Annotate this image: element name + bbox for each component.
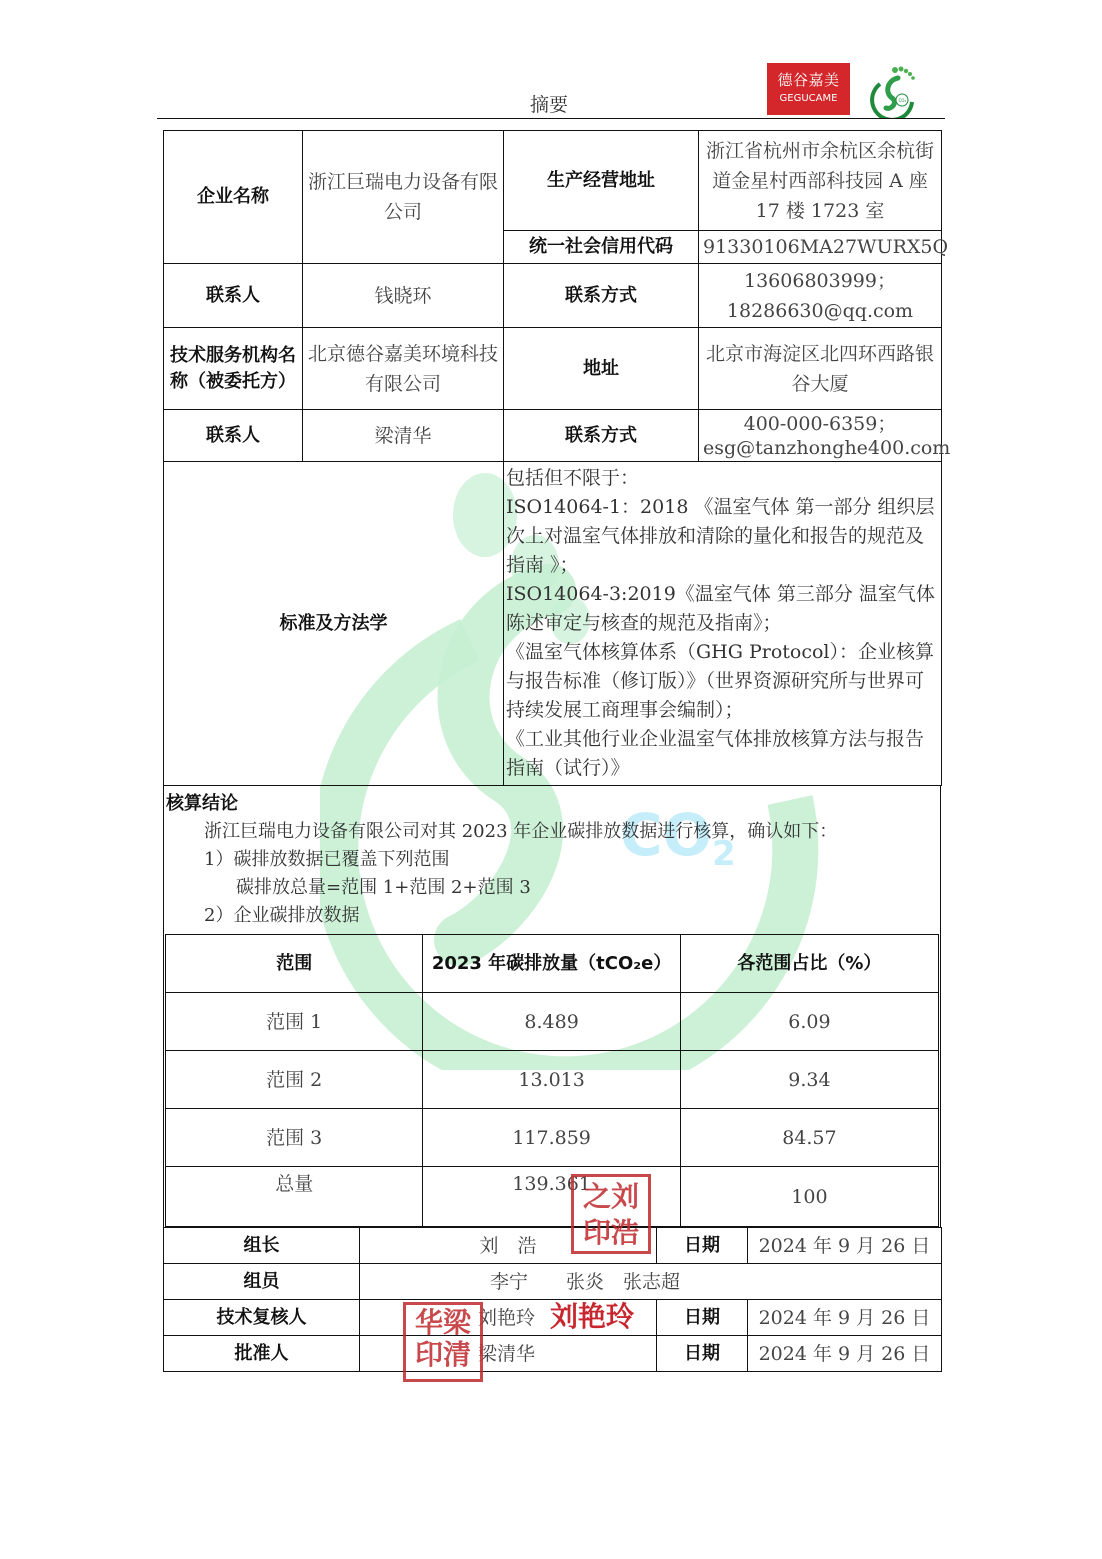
summary-form: 企业名称 浙江巨瑞电力设备有限公司 生产经营地址 浙江省杭州市余杭区余杭街道金星… (163, 130, 941, 1372)
standards-item: 《温室气体核算体系（GHG Protocol）：企业核算与报告标准（修订版）》（… (506, 638, 939, 725)
date-label: 日期 (657, 1300, 748, 1336)
conclusion-intro: 浙江巨瑞电力设备有限公司对其 2023 年企业碳排放数据进行核算，确认如下： (164, 818, 940, 846)
page-title: 摘要 (530, 90, 568, 117)
leader-date: 2024 年 9 月 26 日 (748, 1228, 942, 1264)
scope-cell: 范围 2 (166, 1051, 423, 1109)
logo-text-en: GEGUCAME (767, 92, 850, 106)
contact-value: 钱晓环 (303, 264, 504, 328)
service-contact-label: 联系人 (164, 410, 303, 462)
service-address-label: 地址 (504, 328, 699, 410)
address-label: 生产经营地址 (504, 131, 699, 231)
table-row-total: 总量 139.361 100 (166, 1167, 939, 1227)
approver-label: 批准人 (164, 1336, 360, 1372)
table-row: 范围 2 13.013 9.34 (166, 1051, 939, 1109)
service-address-value: 北京市海淀区北四环西路银谷大厦 (699, 328, 942, 410)
credit-code-value: 91330106MA27WURX5Q (699, 231, 942, 264)
conclusion-point-1: 1）碳排放数据已覆盖下列范围 (164, 846, 940, 874)
date-label: 日期 (657, 1228, 748, 1264)
standards-label: 标准及方法学 (164, 462, 504, 786)
service-contact-email: esg@tanzhonghe400.com (703, 436, 937, 460)
date-label: 日期 (657, 1336, 748, 1372)
service-org-label: 技术服务机构名称（被委托方） (164, 328, 303, 410)
emissions-table-wrap: 范围 2023 年碳排放量（tCO₂e） 各范围占比（%） 范围 1 8.489… (163, 934, 941, 1227)
header-scope: 范围 (166, 935, 423, 993)
company-name-label: 企业名称 (164, 131, 303, 264)
footprint-co2-icon: CO₂ (862, 62, 922, 118)
contact-phone: 13606803999； (703, 266, 937, 296)
address-value: 浙江省杭州市余杭区余杭街道金星村西部科技园 A 座 17 楼 1723 室 (699, 131, 942, 231)
contact-email: 18286630@qq.com (703, 296, 937, 326)
share-cell: 6.09 (680, 993, 938, 1051)
logo-text-cn: 德谷嘉美 (767, 71, 850, 89)
amount-cell: 117.859 (423, 1109, 680, 1167)
contact-label: 联系人 (164, 264, 303, 328)
scope-cell: 范围 3 (166, 1109, 423, 1167)
leader-label: 组长 (164, 1228, 360, 1264)
reviewer-signature: 刘艳玲 (550, 1295, 634, 1335)
amount-cell: 8.489 (423, 993, 680, 1051)
standards-item: 包括但不限于： (506, 464, 939, 493)
header-amount: 2023 年碳排放量（tCO₂e） (423, 935, 680, 993)
seal-line: 印浩 (574, 1215, 648, 1251)
scope-cell: 范围 1 (166, 993, 423, 1051)
emissions-table: 范围 2023 年碳排放量（tCO₂e） 各范围占比（%） 范围 1 8.489… (165, 934, 939, 1227)
reviewer-label: 技术复核人 (164, 1300, 360, 1336)
contact-method-value: 13606803999； 18286630@qq.com (699, 264, 942, 328)
standards-item: ISO14064-3:2019《温室气体 第三部分 温室气体陈述审定与核查的规范… (506, 580, 939, 638)
conclusion-formula: 碳排放总量=范围 1+范围 2+范围 3 (164, 874, 940, 902)
share-cell: 9.34 (680, 1051, 938, 1109)
table-row: 范围 3 117.859 84.57 (166, 1109, 939, 1167)
reviewer-date: 2024 年 9 月 26 日 (748, 1300, 942, 1336)
service-contact-method-label: 联系方式 (504, 410, 699, 462)
company-name-value: 浙江巨瑞电力设备有限公司 (303, 131, 504, 264)
members-value: 李宁 张炎 张志超 (360, 1264, 942, 1300)
standards-item: 《工业其他行业企业温室气体排放核算方法与报告指南（试行）》 (506, 725, 939, 783)
standards-list: 包括但不限于： ISO14064-1：2018 《温室气体 第一部分 组织层次上… (504, 462, 942, 786)
table-row: 范围 1 8.489 6.09 (166, 993, 939, 1051)
seal-line: 印清 (406, 1339, 480, 1371)
seal-stamp-liu-hao: 之刘 印浩 (571, 1174, 651, 1254)
service-org-value: 北京德谷嘉美环境科技有限公司 (303, 328, 504, 410)
amount-cell: 13.013 (423, 1051, 680, 1109)
scope-cell: 总量 (166, 1167, 423, 1227)
conclusion-section: 核算结论 浙江巨瑞电力设备有限公司对其 2023 年企业碳排放数据进行核算，确认… (163, 786, 941, 934)
standards-item: ISO14064-1：2018 《温室气体 第一部分 组织层次上对温室气体排放和… (506, 493, 939, 580)
gegucame-logo: 德谷嘉美 GEGUCAME (767, 63, 850, 115)
contact-method-label: 联系方式 (504, 264, 699, 328)
service-contact-value: 梁清华 (303, 410, 504, 462)
info-table: 企业名称 浙江巨瑞电力设备有限公司 生产经营地址 浙江省杭州市余杭区余杭街道金星… (163, 130, 942, 786)
seal-stamp-liang-qinghua: 华梁 印清 (403, 1302, 483, 1382)
svg-text:CO₂: CO₂ (899, 98, 907, 103)
share-cell: 100 (680, 1167, 938, 1227)
members-label: 组员 (164, 1264, 360, 1300)
conclusion-point-2: 2）企业碳排放数据 (164, 902, 940, 930)
credit-code-label: 统一社会信用代码 (504, 231, 699, 264)
seal-line: 之刘 (574, 1179, 648, 1215)
approver-date: 2024 年 9 月 26 日 (748, 1336, 942, 1372)
header-share: 各范围占比（%） (680, 935, 938, 993)
share-cell: 84.57 (680, 1109, 938, 1167)
service-contact-method-value: 400-000-6359； esg@tanzhonghe400.com (699, 410, 942, 462)
conclusion-title: 核算结论 (164, 790, 940, 818)
seal-line: 华梁 (406, 1307, 480, 1339)
header-divider (157, 118, 945, 119)
service-contact-phone: 400-000-6359； (703, 412, 937, 436)
